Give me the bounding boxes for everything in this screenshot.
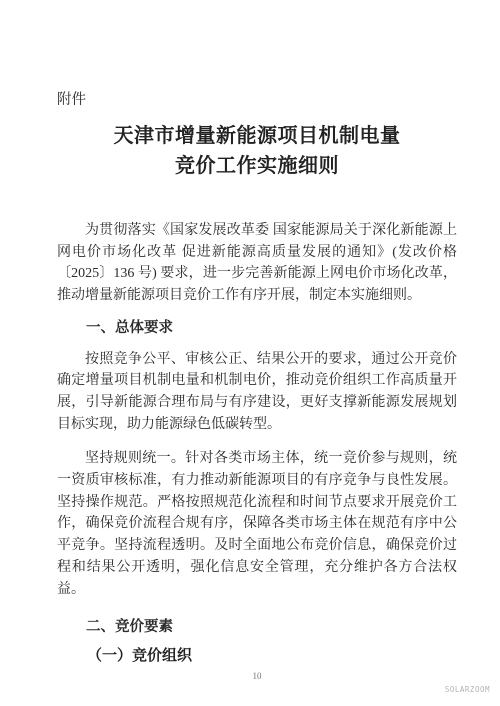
doc-line: 平竞争。坚持流程透明。及时全面地公布竞价信息，确保竞价过 — [57, 535, 457, 557]
watermark: SOLARZOOM — [445, 685, 490, 694]
doc-line: 作，确保竞价流程合规有序，保障各类市场主体在规范有序中公 — [57, 513, 457, 535]
attachment-label: 附件 — [57, 92, 457, 108]
doc-line: 坚持规则统一。针对各类市场主体，统一竞价参与规则，统 — [57, 448, 457, 470]
document-title-line-2: 竞价工作实施细则 — [57, 151, 457, 181]
document-page: 附件 天津市增量新能源项目机制电量 竞价工作实施细则 为贯彻落实《国家发展改革委… — [0, 0, 500, 706]
doc-line: 确定增量项目机制电量和机制电价，推动竞价组织工作高质量开 — [57, 370, 457, 392]
doc-line: 〔2025〕136 号) 要求，进一步完善新能源上网电价市场化改革， — [57, 263, 457, 285]
section-heading-bidding-elements: 二、竞价要素 — [57, 617, 457, 639]
doc-line: 推动增量新能源项目竞价工作有序开展，制定本实施细则。 — [57, 285, 457, 307]
paragraph-preamble: 为贯彻落实《国家发展改革委 国家能源局关于深化新能源上网电价市场化改革 促进新能… — [57, 220, 457, 307]
doc-line: 程和结果公开透明，强化信息安全管理，充分维护各方合法权益。 — [57, 557, 457, 600]
doc-line: 目标实现，助力能源绿色低碳转型。 — [57, 414, 457, 436]
subsection-heading-bidding-organization: （一）竞价组织 — [57, 645, 457, 667]
paragraph-general-requirements: 按照竞争公平、审核公正、结果公开的要求，通过公开竞价确定增量项目机制电量和机制电… — [57, 349, 457, 436]
doc-line: 一资质审核标准，有力推动新能源项目的有序竞争与良性发展。 — [57, 470, 457, 492]
page-number: 10 — [57, 671, 457, 681]
document-title: 天津市增量新能源项目机制电量 竞价工作实施细则 — [57, 121, 457, 181]
document-title-line-1: 天津市增量新能源项目机制电量 — [57, 121, 457, 151]
section-heading-general-requirements: 一、总体要求 — [57, 318, 457, 340]
doc-line: 按照竞争公平、审核公正、结果公开的要求，通过公开竞价 — [57, 349, 457, 371]
paragraph-principles: 坚持规则统一。针对各类市场主体，统一竞价参与规则，统一资质审核标准，有力推动新能… — [57, 448, 457, 600]
doc-line: 坚持操作规范。严格按照规范化流程和时间节点要求开展竞价工 — [57, 492, 457, 514]
doc-line: 为贯彻落实《国家发展改革委 国家能源局关于深化新能源上 — [57, 220, 457, 242]
doc-line: 展，引导新能源合理布局与有序建设，更好支撑新能源发展规划 — [57, 392, 457, 414]
doc-line: 网电价市场化改革 促进新能源高质量发展的通知》(发改价格 — [57, 242, 457, 264]
